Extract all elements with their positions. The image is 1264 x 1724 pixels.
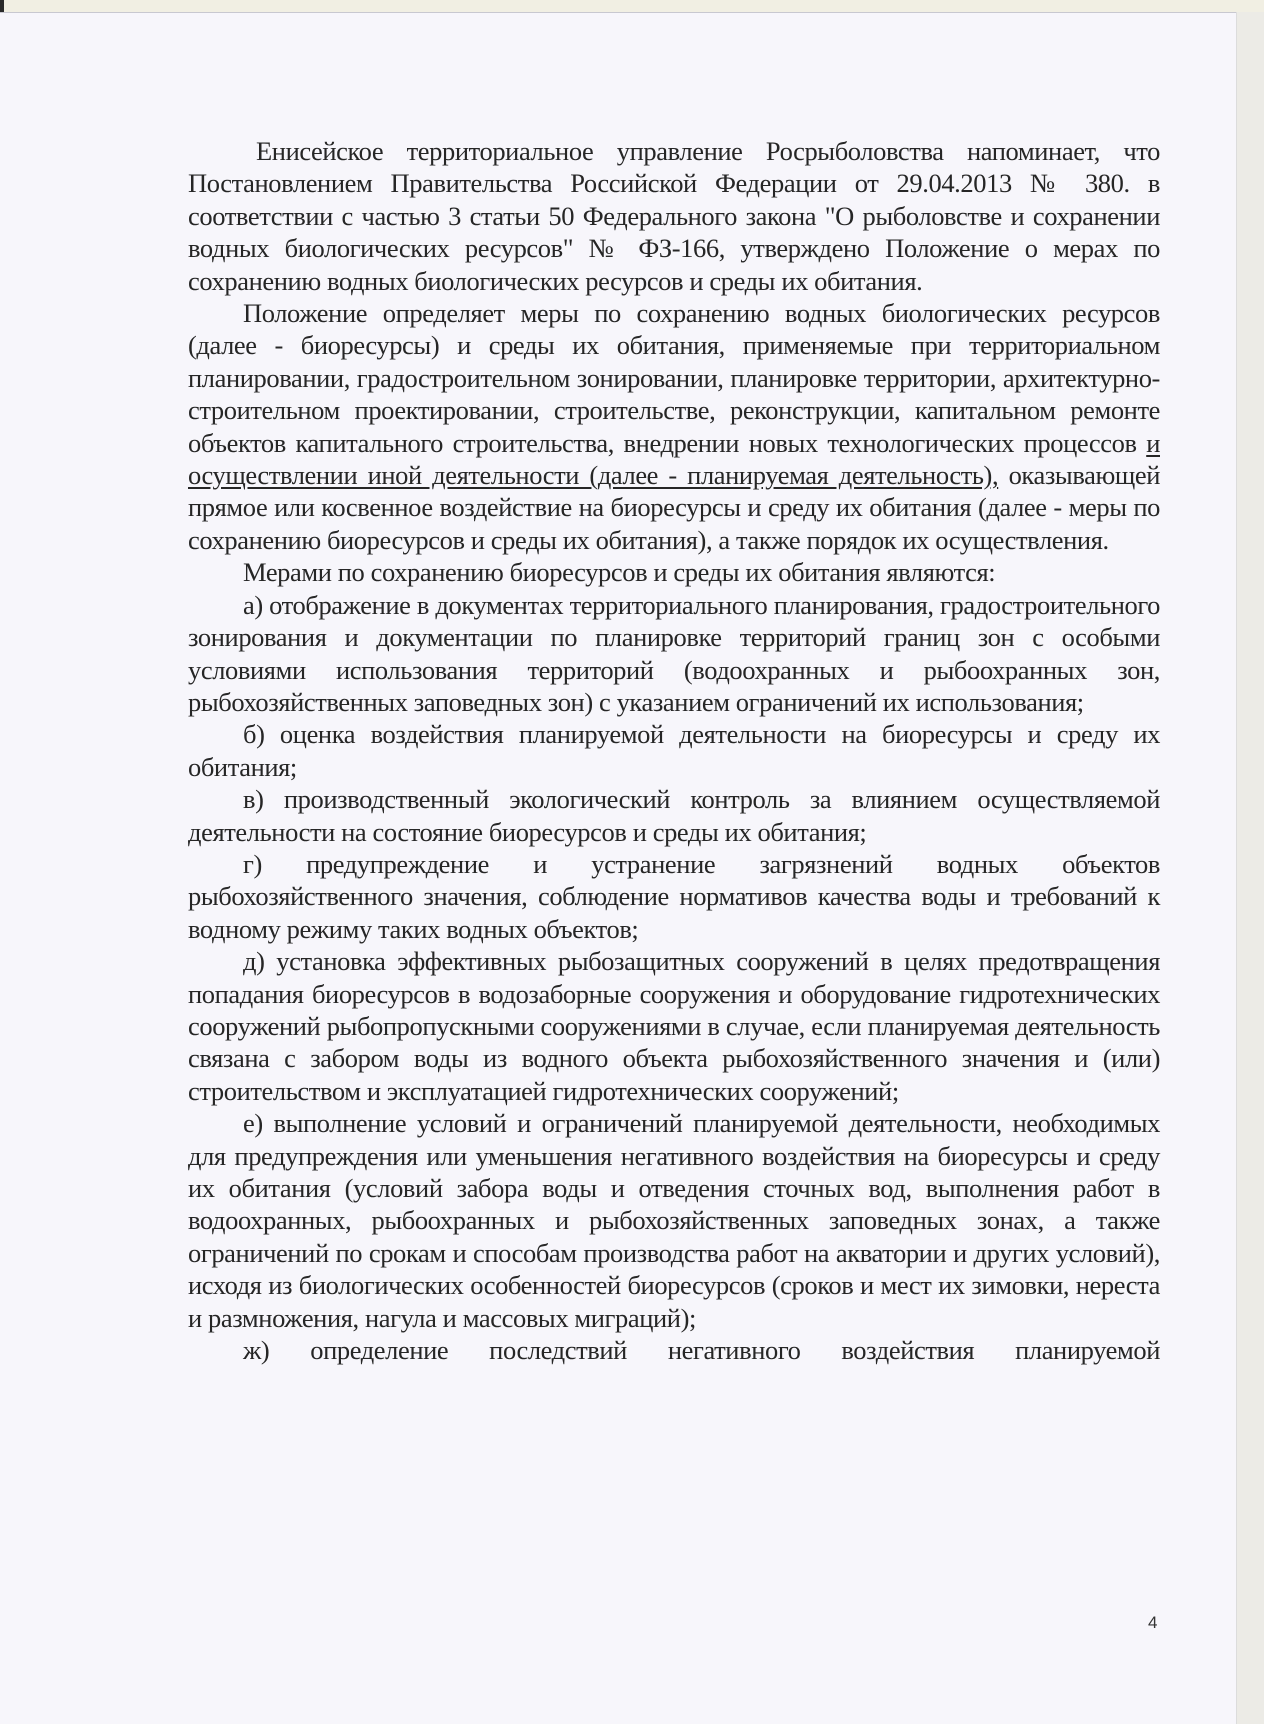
list-item-a: а) отображение в документах территориаль… — [188, 589, 1160, 719]
list-item-g: г) предупреждение и устранение загрязнен… — [188, 848, 1160, 945]
paragraph-intro: Енисейское территориальное управление Ро… — [188, 135, 1160, 297]
list-item-b: б) оценка воздействия планируемой деятел… — [188, 718, 1160, 783]
list-item-v: в) производственный экологический контро… — [188, 783, 1160, 848]
list-item-zh: ж) определение последствий негативного в… — [188, 1334, 1160, 1366]
scan-top-strip — [0, 0, 1264, 12]
list-item-d: д) установка эффективных рыбозащитных со… — [188, 945, 1160, 1107]
scope-text-before: Положение определяет меры по сохранению … — [188, 298, 1160, 458]
document-page: Енисейское территориальное управление Ро… — [0, 12, 1236, 1724]
paragraph-measures-lead: Мерами по сохранению биоресурсов и среды… — [188, 556, 1160, 588]
page-number: 4 — [1148, 1613, 1157, 1633]
list-item-e: е) выполнение условий и ограничений план… — [188, 1107, 1160, 1334]
paragraph-scope: Положение определяет меры по сохранению … — [188, 297, 1160, 556]
scan-edge — [0, 0, 4, 12]
document-body: Енисейское территориальное управление Ро… — [188, 135, 1160, 1366]
